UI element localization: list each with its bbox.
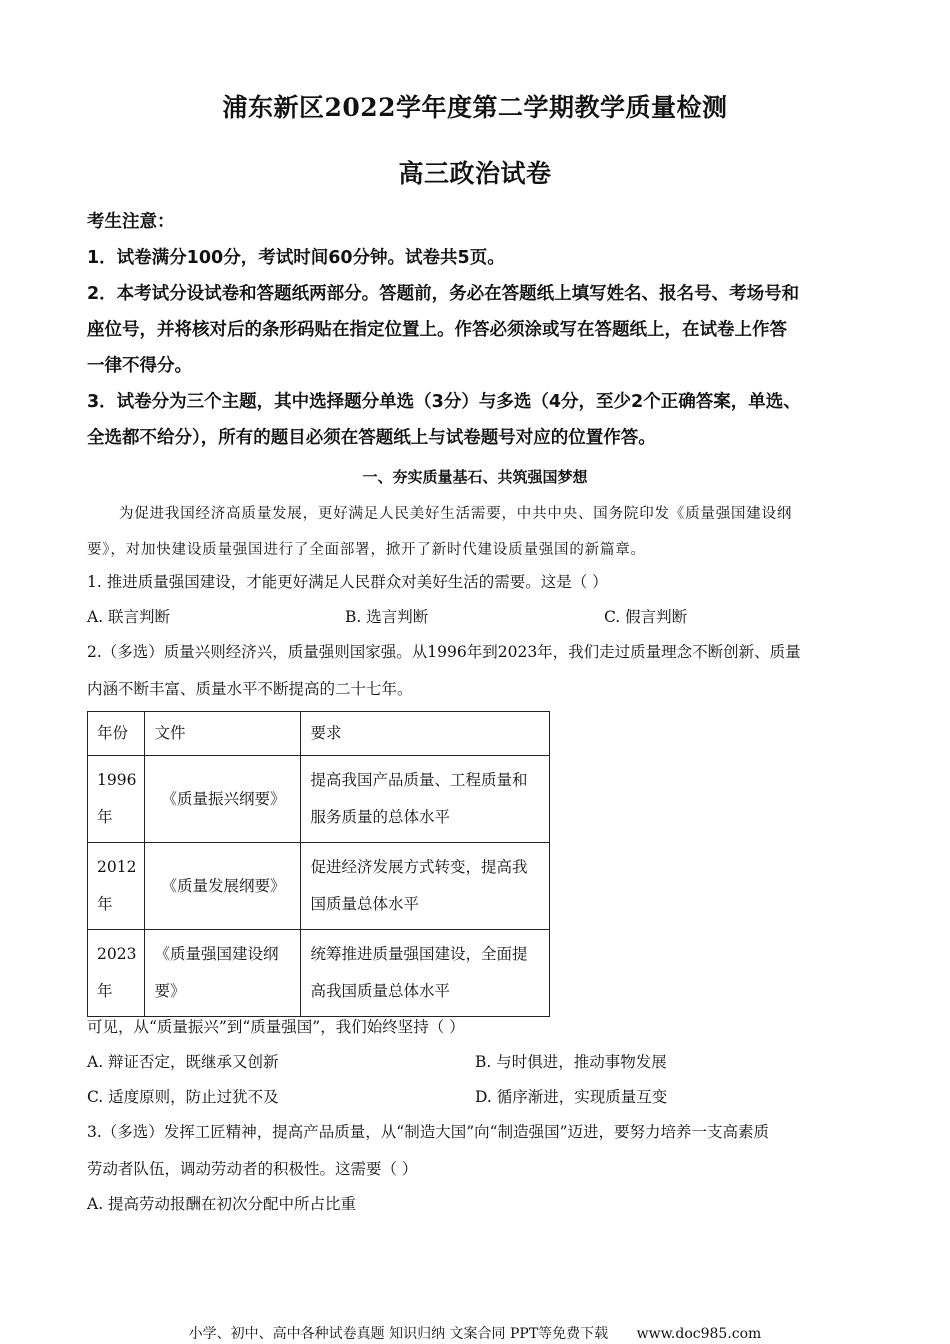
section-heading: 一、夯实质量基石、共筑强国梦想 xyxy=(0,466,950,487)
cell-requirement: 提高我国产品质量、工程质量和服务质量的总体水平 xyxy=(301,756,550,843)
q2-option-d[interactable]: D. 循序渐进，实现质量互变 xyxy=(475,1080,667,1115)
header-document: 文件 xyxy=(145,712,301,756)
page-footer: 小学、初中、高中各种试卷真题 知识归纳 文案合同 PPT等免费下载 www.do… xyxy=(0,1323,950,1343)
intro-line: 要》，对加快建设质量强国进行了全面部署，掀开了新时代建设质量强国的新篇章。 xyxy=(87,532,877,568)
q3-options: A. 提高劳动报酬在初次分配中所占比重 xyxy=(87,1187,877,1222)
cell-document: 《质量发展纲要》 xyxy=(145,843,301,930)
cell-document: 《质量振兴纲要》 xyxy=(145,756,301,843)
table-row: 1996年 《质量振兴纲要》 提高我国产品质量、工程质量和服务质量的总体水平 xyxy=(88,756,550,843)
cell-year: 1996年 xyxy=(88,756,145,843)
header-requirement: 要求 xyxy=(301,712,550,756)
q1-option-b[interactable]: B. 选言判断 xyxy=(345,600,428,635)
cell-requirement: 促进经济发展方式转变，提高我国质量总体水平 xyxy=(301,843,550,930)
exam-page: 浦东新区2022学年度第二学期教学质量检测 高三政治试卷 考生注意： 1．试卷满… xyxy=(0,0,950,1344)
q1-option-c[interactable]: C. 假言判断 xyxy=(604,600,687,635)
cell-document: 《质量强国建设纲要》 xyxy=(145,930,301,1017)
q2-question: 可见，从“质量振兴”到“质量强国”，我们始终坚持（ ） xyxy=(87,1010,877,1045)
q3-stem-line2: 劳动者队伍，调动劳动者的积极性。这需要（ ） xyxy=(87,1152,877,1187)
q2-option-c[interactable]: C. 适度原则，防止过犹不及 xyxy=(87,1080,279,1115)
cell-year: 2012年 xyxy=(88,843,145,930)
notice-line: 座位号，并将核对后的条形码贴在指定位置上。作答必须涂或写在答题纸上，在试卷上作答 xyxy=(87,312,877,348)
notice-line: 3．试卷分为三个主题，其中选择题分单选（3分）与多选（4分，至少2个正确答案，单… xyxy=(87,384,877,420)
q1-option-a[interactable]: A. 联言判断 xyxy=(87,600,170,635)
intro-line: 为促进我国经济高质量发展，更好满足人民美好生活需要，中共中央、国务院印发《质量强… xyxy=(87,496,877,532)
notice-line: 全选都不给分），所有的题目必须在答题纸上与试卷题号对应的位置作答。 xyxy=(87,420,877,456)
footer-site-link[interactable]: www.doc985.com xyxy=(637,1326,762,1342)
header-year: 年份 xyxy=(88,712,145,756)
exam-subtitle: 高三政治试卷 xyxy=(0,154,950,190)
notice-line: 2．本考试分设试卷和答题纸两部分。答题前，务必在答题纸上填写姓名、报名号、考场号… xyxy=(87,276,877,312)
notice-line: 一律不得分。 xyxy=(87,348,877,384)
quality-documents-table: 年份 文件 要求 1996年 《质量振兴纲要》 提高我国产品质量、工程质量和服务… xyxy=(87,711,550,1017)
table-row: 2012年 《质量发展纲要》 促进经济发展方式转变，提高我国质量总体水平 xyxy=(88,843,550,930)
q1-options: A. 联言判断 B. 选言判断 C. 假言判断 xyxy=(87,600,877,635)
candidate-notice: 考生注意： 1．试卷满分100分，考试时间60分钟。试卷共5页。 2．本考试分设… xyxy=(87,204,877,456)
exam-title: 浦东新区2022学年度第二学期教学质量检测 xyxy=(0,88,950,124)
q2-stem-line2: 内涵不断丰富、质量水平不断提高的二十七年。 xyxy=(87,672,877,707)
notice-line: 1．试卷满分100分，考试时间60分钟。试卷共5页。 xyxy=(87,240,877,276)
cell-year: 2023年 xyxy=(88,930,145,1017)
q2-options-row2: C. 适度原则，防止过犹不及 D. 循序渐进，实现质量互变 xyxy=(87,1080,877,1115)
q3-option-a[interactable]: A. 提高劳动报酬在初次分配中所占比重 xyxy=(87,1187,356,1222)
q3-stem-line1: 3.（多选）发挥工匠精神，提高产品质量，从“制造大国”向“制造强国”迈进，要努力… xyxy=(87,1115,877,1150)
table-header-row: 年份 文件 要求 xyxy=(88,712,550,756)
q1-stem: 1. 推进质量强国建设，才能更好满足人民群众对美好生活的需要。这是（ ） xyxy=(87,565,877,600)
footer-text: 小学、初中、高中各种试卷真题 知识归纳 文案合同 PPT等免费下载 xyxy=(189,1326,609,1342)
table-row: 2023年 《质量强国建设纲要》 统筹推进质量强国建设，全面提高我国质量总体水平 xyxy=(88,930,550,1017)
cell-requirement: 统筹推进质量强国建设，全面提高我国质量总体水平 xyxy=(301,930,550,1017)
q2-options-row1: A. 辩证否定，既继承又创新 B. 与时俱进，推动事物发展 xyxy=(87,1045,877,1080)
section-intro: 为促进我国经济高质量发展，更好满足人民美好生活需要，中共中央、国务院印发《质量强… xyxy=(87,496,877,568)
q2-option-a[interactable]: A. 辩证否定，既继承又创新 xyxy=(87,1045,279,1080)
q2-stem-line1: 2.（多选）质量兴则经济兴，质量强则国家强。从1996年到2023年，我们走过质… xyxy=(87,635,877,670)
notice-heading: 考生注意： xyxy=(87,204,877,240)
q2-option-b[interactable]: B. 与时俱进，推动事物发展 xyxy=(475,1045,667,1080)
